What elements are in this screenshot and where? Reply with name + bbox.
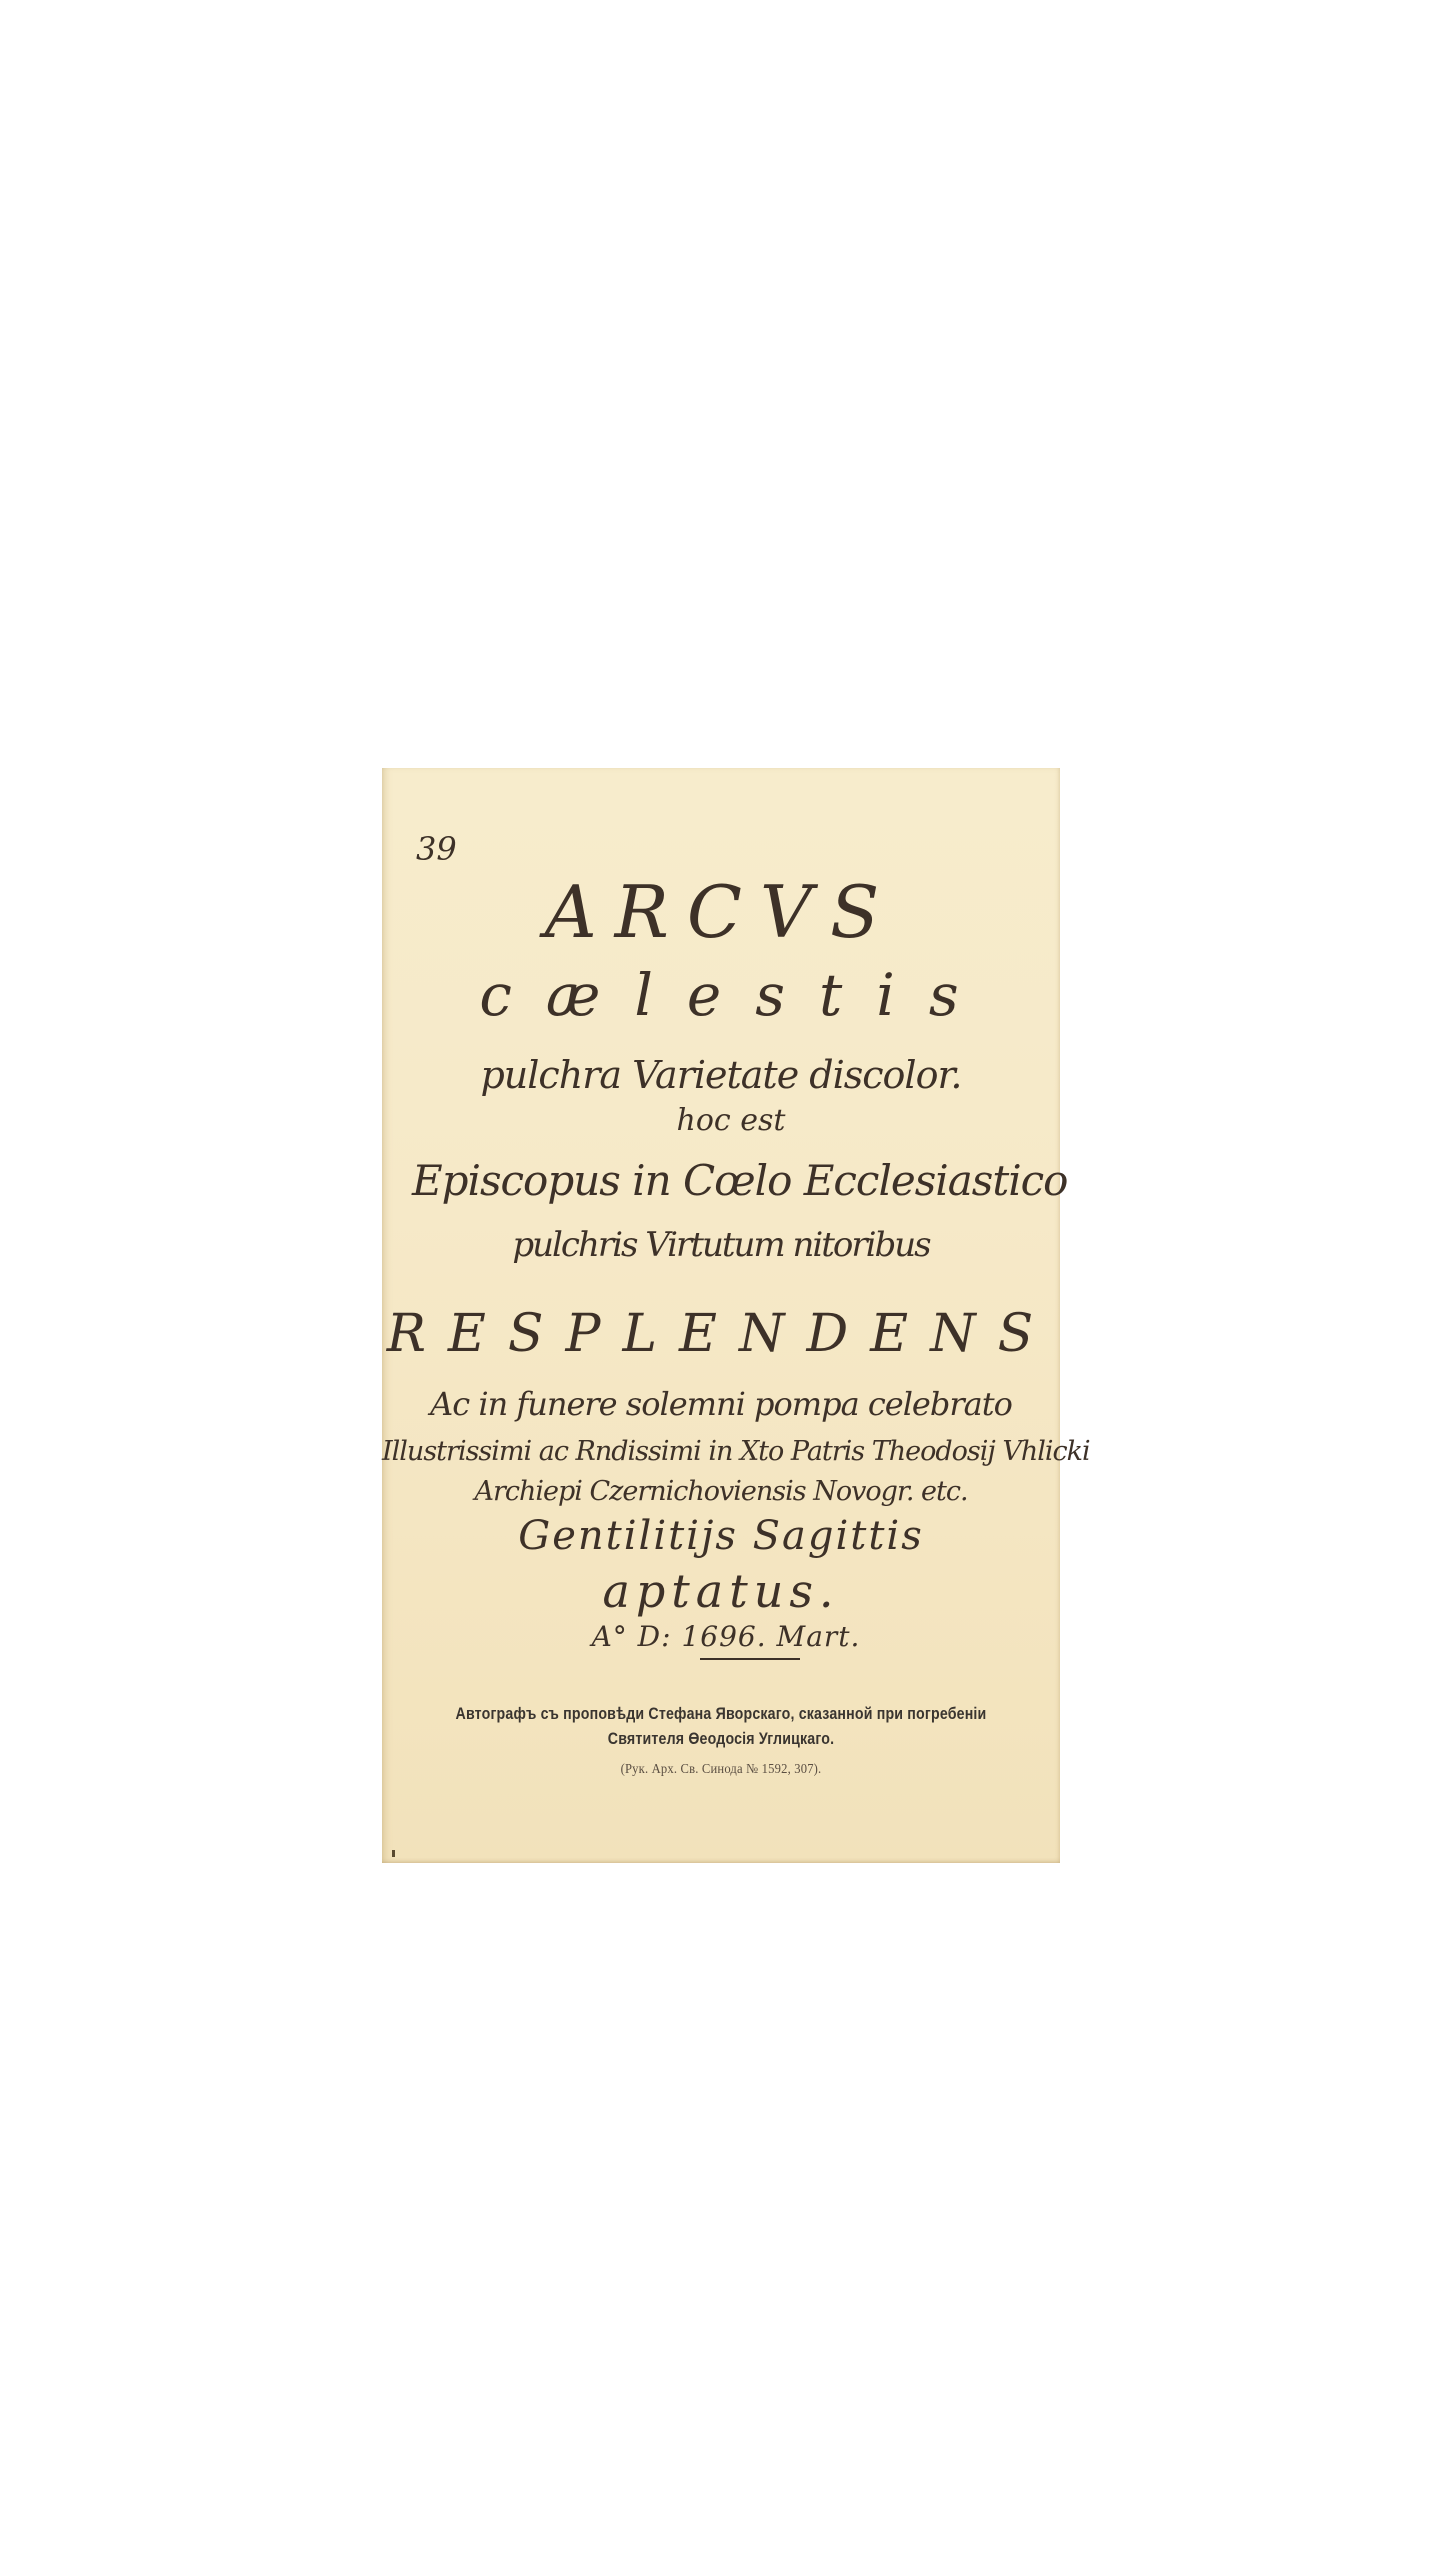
title-arcus: ARCVS — [382, 876, 1060, 948]
line-archiepi: Archiepi Czernichoviensis Novogr. etc. — [382, 1478, 1060, 1505]
line-aptatus: aptatus. — [382, 1568, 1060, 1614]
caption-source: (Рук. Арх. Св. Синода № 1592, 307). — [416, 1762, 1026, 1778]
line-pulchris-virtutum: pulchris Virtutum nitoribus — [382, 1228, 1060, 1262]
line-hoc-est: hoc est — [382, 1106, 1060, 1136]
line-gentilitijs: Gentilitijs Sagittis — [382, 1516, 1060, 1556]
line-in-funere: Ac in funere solemni pompa celebrato — [382, 1388, 1060, 1420]
line-date: A° D: 1696. Mart. — [382, 1623, 1060, 1651]
ink-speck — [392, 1850, 395, 1857]
year-underline — [700, 1658, 800, 1660]
caption-line-1: Автографъ съ проповѣди Стефана Яворскаго… — [429, 1705, 1012, 1724]
caption-line-2: Святителя Өеодосія Углицкаго. — [429, 1730, 1012, 1749]
title-resplendens: RESPLENDENS — [382, 1308, 1060, 1360]
title-caelestis: cælestis — [382, 966, 1060, 1024]
manuscript-page: 39 ARCVS cælestis pulchra Varietate disc… — [382, 768, 1060, 1863]
line-episcopus: Episcopus in Cœlo Ecclesiastico — [382, 1160, 1060, 1202]
line-illustrissimi: Illustrissimi ac Rndissimi in Xto Patris… — [382, 1438, 1060, 1465]
folio-number: 39 — [416, 830, 457, 868]
line-pulchra-varietate: pulchra Varietate discolor. — [382, 1056, 1060, 1094]
